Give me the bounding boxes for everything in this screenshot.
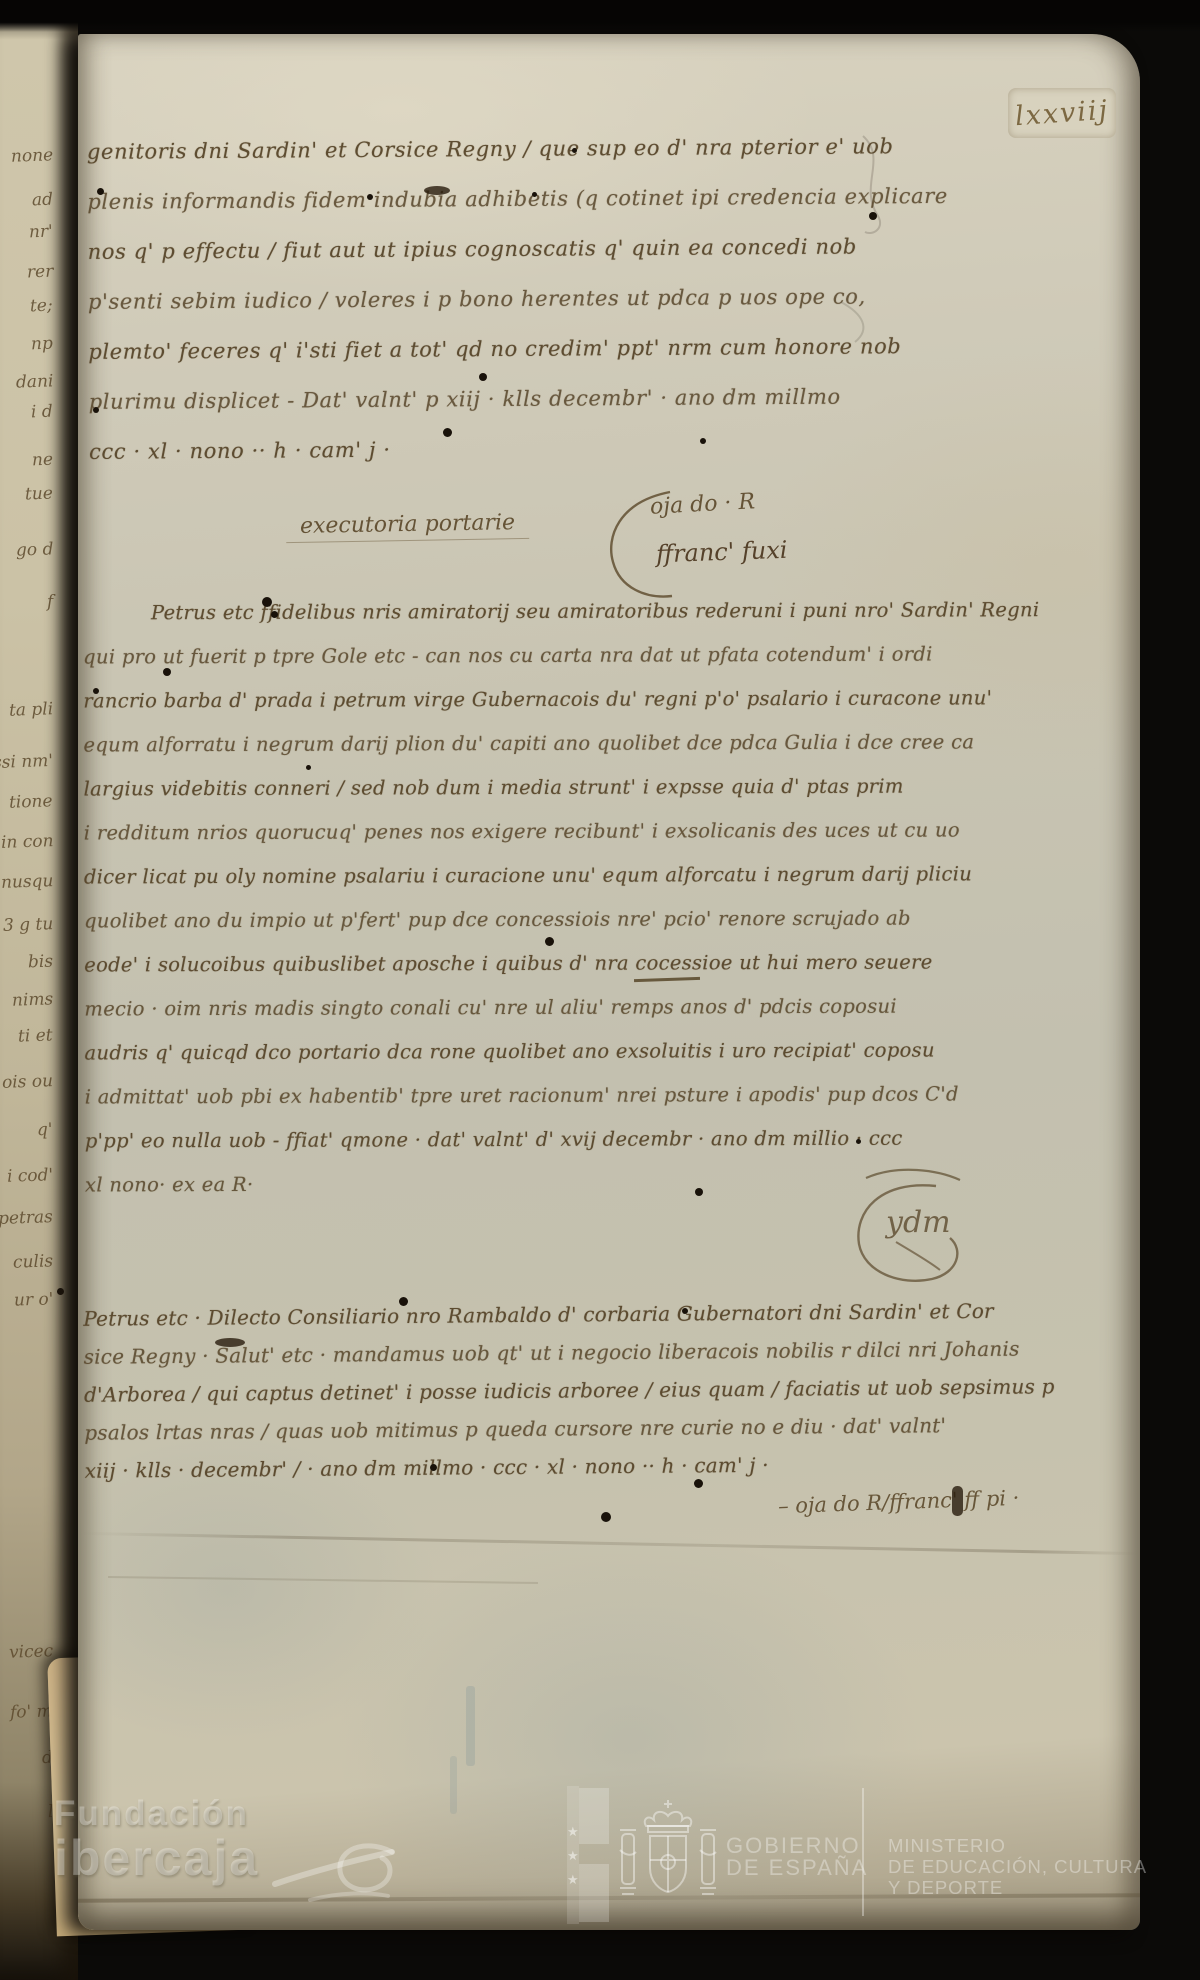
ministerio-line2: DE EDUCACIÓN, CULTURA <box>888 1856 1147 1877</box>
margin-fragment: rer <box>26 262 53 283</box>
ink-spot <box>545 937 554 946</box>
margin-fragment: dani <box>15 371 53 392</box>
bleedthrough-mark <box>450 1756 457 1814</box>
crease-line <box>108 1576 538 1584</box>
ministerio-watermark: MINISTERIO DE EDUCACIÓN, CULTURA Y DEPOR… <box>888 1835 1147 1898</box>
margin-fragment: ne <box>32 450 54 471</box>
svg-text:★: ★ <box>567 1872 579 1887</box>
manuscript-page: lxxviij genitoris dni Sardin' et Corsice… <box>78 34 1140 1930</box>
margin-fragment: i d <box>31 402 53 423</box>
ink-spot <box>97 188 104 195</box>
margin-fragment: f <box>46 592 53 612</box>
paragraph-1: genitoris dni Sardin' et Corsice Regny /… <box>87 121 909 477</box>
text-line: genitoris dni Sardin' et Corsice Regny /… <box>87 121 907 177</box>
watermark-divider <box>862 1788 864 1916</box>
spain-coat-of-arms-icon <box>618 1798 718 1904</box>
margin-fragment: nims <box>11 989 53 1010</box>
text-line: quolibet ano du impio ut p'fert' pup dce… <box>84 897 924 944</box>
ink-spot <box>430 1464 437 1471</box>
registration-paraph: ydm <box>838 1150 973 1290</box>
folio-number-patch: lxxviij <box>1008 88 1116 138</box>
margin-fragment: go d <box>15 539 53 560</box>
paragraph-2: Petrus etc ffidelibus nris amiratorij se… <box>83 589 925 1208</box>
ink-spot <box>271 611 278 618</box>
ink-spot <box>695 1188 703 1196</box>
ink-spot <box>479 373 487 381</box>
margin-fragment: ois ou <box>2 1071 54 1093</box>
margin-fragment: i cod' <box>7 1165 54 1187</box>
text-line: qui pro ut fuerit p tpre Gole etc - can … <box>83 633 923 680</box>
margin-fragment: none <box>10 145 53 166</box>
text-line: ccc · xl · nono ·· h · cam' j · <box>89 421 909 477</box>
ink-blot <box>952 1486 963 1516</box>
ink-spot <box>57 1288 64 1295</box>
gobierno-line1: GOBIERNO <box>726 1835 868 1857</box>
margin-fragment: tione <box>9 791 53 813</box>
chancery-note-probata: oja do · R <box>649 489 755 519</box>
margin-fragment: bis <box>28 952 54 973</box>
text-line: largius videbitis conneri / sed nob dum … <box>84 765 924 812</box>
margin-fragment: vicec <box>9 1641 54 1663</box>
svg-text:★: ★ <box>567 1848 579 1863</box>
scan-top-shadow <box>0 0 1200 32</box>
text-line: Petrus etc ffidelibus nris amiratorij se… <box>83 589 923 636</box>
chancery-note-scribe: ffranc' fuxi <box>656 536 788 569</box>
margin-fragment: fo' m <box>10 1701 53 1722</box>
text-line: equm alforratu i negrum darij plion du' … <box>83 721 923 768</box>
text-line: rancrio barba d' prada i petrum virge Gu… <box>83 677 923 724</box>
ibercaja-line2: ibercaja <box>54 1834 259 1882</box>
text-line: nos q' p effectu / fiut aut ut ipius cog… <box>87 221 907 277</box>
heading-executoria: executoria portarie <box>286 510 530 543</box>
gobierno-line2: DE ESPAÑA <box>726 1857 868 1879</box>
margin-fragment: culis <box>13 1251 54 1272</box>
manuscript-scan: none ad nr' rer te; np dani i d ne tue g… <box>0 0 1200 1980</box>
margin-fragment: 3 g tu <box>2 914 53 936</box>
margin-fragment: nr' <box>29 222 53 243</box>
chancery-note-2: – oja do R/ffranc' ff pi · <box>778 1486 1020 1518</box>
ink-spot <box>601 1512 611 1522</box>
ink-spot <box>367 194 373 200</box>
ink-spot <box>869 212 877 220</box>
ink-spot <box>262 597 272 607</box>
text-line: plurimu displicet - Dat' valnt' p xiij ·… <box>89 371 909 427</box>
crease-line <box>80 1532 1138 1555</box>
ink-spot <box>399 1297 408 1306</box>
margin-fragment: ad <box>32 190 54 211</box>
text-line: mecio · oim nris madis singto conali cu'… <box>84 985 924 1032</box>
margin-fragment: in con <box>0 831 53 853</box>
stars-bracket-icon: ★ ★ ★ <box>565 1786 611 1924</box>
ink-spot <box>694 1479 703 1488</box>
margin-fragment: tue <box>25 484 54 505</box>
ibercaja-logo-swirl-icon <box>270 1822 400 1922</box>
ink-spot <box>306 765 311 770</box>
ink-spot <box>682 1308 688 1314</box>
text-line: xl nono· ex ea R· <box>85 1161 925 1208</box>
paraph-text: ydm <box>884 1205 951 1240</box>
ink-spot <box>856 1139 861 1144</box>
margin-fragment: te; <box>30 296 53 317</box>
text-line: xiij · klls · decembr' / · ano dm millmo… <box>85 1444 945 1490</box>
gobierno-watermark: GOBIERNO DE ESPAÑA <box>726 1835 868 1879</box>
bleedthrough-mark <box>466 1686 475 1766</box>
text-line: p'senti sebim iudico / voleres i p bono … <box>88 271 908 327</box>
ink-spot <box>93 407 99 413</box>
margin-fragment: ta pli <box>9 699 54 721</box>
ink-spot <box>700 438 706 444</box>
ink-spot <box>572 148 577 153</box>
margin-fragment: ur o' <box>13 1289 53 1310</box>
ink-blot <box>424 186 450 195</box>
margin-fragment: nusqu <box>0 871 53 893</box>
text-line: eode' i solucoibus quibuslibet aposche i… <box>84 941 924 988</box>
text-line: audris q' quicqd dco portario dca rone q… <box>84 1029 924 1076</box>
text-line: dicer licat pu oly nomine psalariu i cur… <box>84 853 924 900</box>
text-line: i redditum nrios quorucuq' penes nos exi… <box>84 809 924 856</box>
text-line: i admittat' uob pbi ex habentib' tpre ur… <box>85 1073 925 1120</box>
ink-spot <box>163 668 171 676</box>
margin-fragment: q' <box>37 1120 53 1141</box>
paragraph-3: Petrus etc · Dilecto Consiliario nro Ram… <box>83 1292 945 1489</box>
ministerio-line3: Y DEPORTE <box>888 1877 1147 1898</box>
ink-blot <box>215 1338 245 1347</box>
margin-fragment: ssi nm' <box>0 751 53 773</box>
ink-spot <box>443 428 452 437</box>
ministerio-line1: MINISTERIO <box>888 1835 1147 1856</box>
ibercaja-line1: Fundación <box>54 1794 259 1834</box>
folio-number: lxxviij <box>1014 94 1110 131</box>
margin-fragment: petras <box>0 1207 53 1229</box>
ibercaja-watermark: Fundación ibercaja <box>54 1794 259 1882</box>
ink-spot <box>93 688 99 694</box>
svg-text:★: ★ <box>567 1824 579 1839</box>
ink-spot <box>532 192 537 197</box>
text-line: plemto' feceres q' i'sti fiet a tot' qd … <box>88 321 908 377</box>
text-line: p'pp' eo nulla uob - ffiat' qmone · dat'… <box>85 1117 925 1164</box>
margin-fragment: ti et <box>18 1025 53 1046</box>
margin-fragment: np <box>31 334 54 355</box>
text-line: plenis informandis fidem indubia adhibet… <box>87 171 907 227</box>
